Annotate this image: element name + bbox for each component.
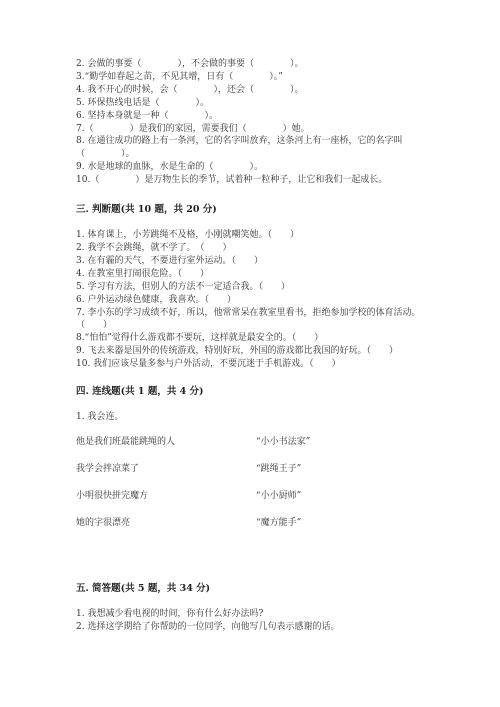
judge-item-4: 4. 在教室里打闹很危险。（ ） [76, 268, 436, 281]
match-left-item: 他是我们班最能跳绳的人 [76, 436, 175, 448]
match-right-item: “跳绳王子” [256, 463, 301, 475]
matching-question: 1. 我会连。 [76, 411, 436, 424]
match-right-item: “小小厨师” [256, 490, 301, 502]
matching-section: 他是我们班最能跳绳的人 “小小书法家” 我学会拌凉菜了 “跳绳王子” 小明很快拼… [76, 436, 436, 544]
judge-item-6: 6. 户外运动绿色健康，我喜欢。（ ） [76, 294, 436, 307]
judge-item-10: 10. 我们应该尽量多参与户外活动，不要沉迷于手机游戏。（ ） [76, 358, 436, 371]
match-left-item: 她的字很漂亮 [76, 517, 130, 529]
exam-page: 2. 会做的事要（ ），不会做的事要（ ）。 3.“勤学如春起之苗，不见其增，日… [76, 58, 436, 634]
match-left-item: 小明很快拼完魔方 [76, 490, 148, 502]
fill-in-item-6: 6. 坚持本身就是一种（ ）。 [76, 110, 436, 123]
match-row: 她的字很漂亮 “魔方能手” [76, 517, 436, 544]
true-false-section: 1. 体育课上，小芳跳绳不及格，小刚就嘲笑她。（ ） 2. 我学不会跳绳，就不学… [76, 229, 436, 371]
judge-item-5: 5. 学习有方法，但别人的方法不一定适合我。（ ） [76, 281, 436, 294]
fill-in-item-10: 10.（ ）是万物生长的季节，试着种一粒种子，让它和我们一起成长。 [76, 174, 436, 187]
fill-in-item-8: 8. 在通往成功的路上有一条河，它的名字叫放弃，这条河上有一座桥，它的名字叫（ … [76, 135, 436, 161]
match-row: 他是我们班最能跳绳的人 “小小书法家” [76, 436, 436, 463]
fill-in-item-4: 4. 我不开心的时候，会（ ），还会（ ）。 [76, 84, 436, 97]
judge-item-8: 8.“怕怕”觉得什么游戏都不要玩，这样就是最安全的。（ ） [76, 332, 436, 345]
judge-item-3: 3. 在有霾的天气，不要进行室外运动。（ ） [76, 255, 436, 268]
fill-in-item-2: 2. 会做的事要（ ），不会做的事要（ ）。 [76, 58, 436, 71]
fill-in-section: 2. 会做的事要（ ），不会做的事要（ ）。 3.“勤学如春起之苗，不见其增，日… [76, 58, 436, 187]
match-right-item: “魔方能手” [256, 517, 301, 529]
judge-item-1: 1. 体育课上，小芳跳绳不及格，小刚就嘲笑她。（ ） [76, 229, 436, 242]
judge-item-7: 7. 李小东的学习成绩不好，所以，他常常呆在教室里看书，拒绝参加学校的体育活动。… [76, 307, 436, 333]
match-left-item: 我学会拌凉菜了 [76, 463, 139, 475]
section-3-title: 三. 判断题(共 10 题，共 20 分) [76, 201, 436, 215]
section-4-title: 四. 连线题(共 1 题，共 4 分) [76, 383, 436, 397]
match-row: 我学会拌凉菜了 “跳绳王子” [76, 463, 436, 490]
fill-in-item-3: 3.“勤学如春起之苗，不见其增，日有（ ）。” [76, 71, 436, 84]
match-row: 小明很快拼完魔方 “小小厨师” [76, 490, 436, 517]
judge-item-9: 9. 飞去来器是国外的传统游戏，特别好玩，外国的游戏都比我国的好玩。（ ） [76, 345, 436, 358]
short-answer-section: 1. 我想减少看电视的时间，你有什么好办法吗? 2. 选择这学期给了你帮助的一位… [76, 608, 436, 634]
short-answer-item-1: 1. 我想减少看电视的时间，你有什么好办法吗? [76, 608, 436, 621]
fill-in-item-5: 5. 环保热线电话是（ ）。 [76, 97, 436, 110]
fill-in-item-9: 9. 水是地球的血脉，水是生命的（ ）。 [76, 161, 436, 174]
match-right-item: “小小书法家” [256, 436, 310, 448]
short-answer-item-2: 2. 选择这学期给了你帮助的一位同学，向他写几句表示感谢的话。 [76, 621, 436, 634]
section-5-title: 五. 简答题(共 5 题，共 34 分) [76, 580, 436, 594]
judge-item-2: 2. 我学不会跳绳，就不学了。 （ ） [76, 242, 436, 255]
fill-in-item-7: 7.（ ）是我们的家园，需要我们（ ）她。 [76, 123, 436, 136]
